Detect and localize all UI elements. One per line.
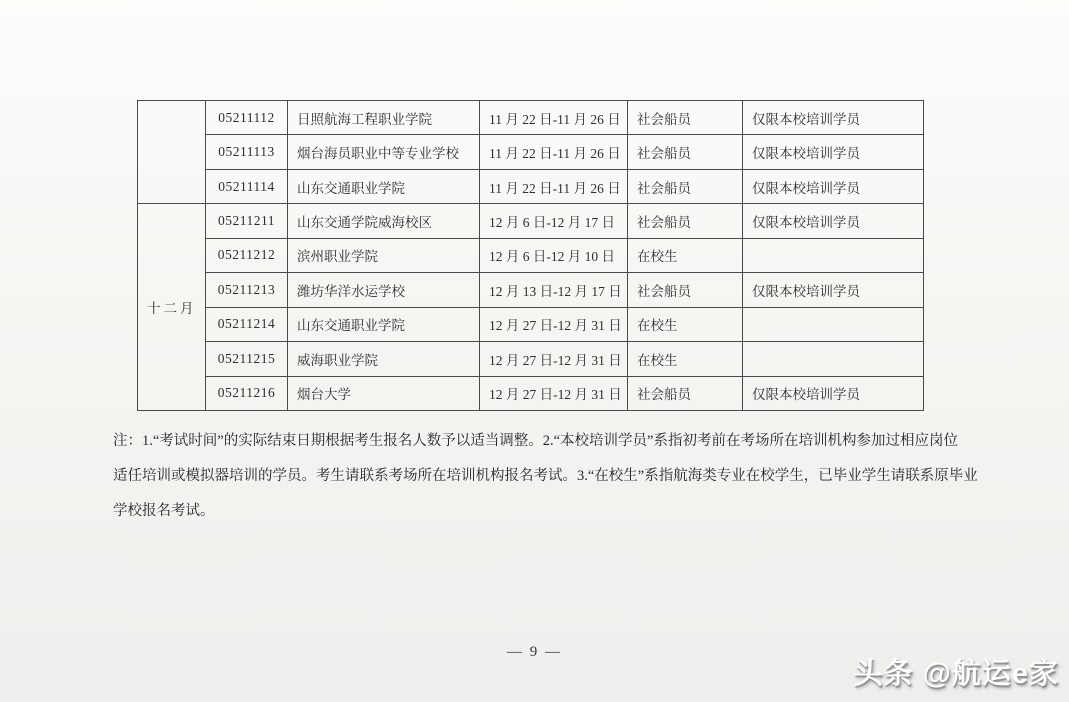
- candidate-type-cell: 社会船员: [628, 273, 743, 307]
- restriction-cell: 仅限本校培训学员: [743, 376, 924, 411]
- dates-cell: 12 月 27 日-12 月 31 日: [480, 342, 628, 376]
- candidate-type-cell: 在校生: [628, 238, 743, 272]
- candidate-type-cell: 社会船员: [628, 169, 743, 203]
- candidate-type-cell: 在校生: [628, 342, 743, 376]
- restriction-cell: 仅限本校培训学员: [743, 101, 924, 135]
- restriction-cell: 仅限本校培训学员: [743, 135, 924, 169]
- school-cell: 潍坊华洋水运学校: [288, 273, 480, 307]
- exam-table-body: 05211112日照航海工程职业学院11 月 22 日-11 月 26 日社会船…: [138, 101, 924, 411]
- restriction-cell: 仅限本校培训学员: [743, 169, 924, 203]
- footnote-line: 学校报名考试。: [113, 494, 953, 529]
- code-cell: 05211216: [206, 376, 288, 411]
- table-row: 05211213潍坊华洋水运学校12 月 13 日-12 月 17 日社会船员仅…: [138, 273, 924, 307]
- restriction-cell: 仅限本校培训学员: [743, 273, 924, 307]
- footnotes: 注：1.“考试时间”的实际结束日期根据考生报名人数予以适当调整。2.“本校培训学…: [113, 424, 953, 529]
- candidate-type-cell: 社会船员: [628, 204, 743, 238]
- exam-schedule-table: 05211112日照航海工程职业学院11 月 22 日-11 月 26 日社会船…: [137, 100, 924, 411]
- dates-cell: 11 月 22 日-11 月 26 日: [480, 135, 628, 169]
- restriction-cell: [743, 342, 924, 376]
- school-cell: 烟台大学: [288, 376, 480, 411]
- footnote-line: 适任培训或模拟器培训的学员。考生请联系考场所在培训机构报名考试。3.“在校生”系…: [113, 459, 953, 494]
- dates-cell: 12 月 6 日-12 月 17 日: [480, 204, 628, 238]
- restriction-cell: 仅限本校培训学员: [743, 204, 924, 238]
- code-cell: 05211215: [206, 342, 288, 376]
- school-cell: 滨州职业学院: [288, 238, 480, 272]
- table-row: 05211113烟台海员职业中等专业学校11 月 22 日-11 月 26 日社…: [138, 135, 924, 169]
- candidate-type-cell: 在校生: [628, 307, 743, 341]
- school-cell: 烟台海员职业中等专业学校: [288, 135, 480, 169]
- restriction-cell: [743, 238, 924, 272]
- document-page: 05211112日照航海工程职业学院11 月 22 日-11 月 26 日社会船…: [0, 0, 1069, 702]
- table-row: 05211114山东交通职业学院11 月 22 日-11 月 26 日社会船员仅…: [138, 169, 924, 203]
- dates-cell: 12 月 6 日-12 月 10 日: [480, 238, 628, 272]
- dates-cell: 12 月 13 日-12 月 17 日: [480, 273, 628, 307]
- code-cell: 05211213: [206, 273, 288, 307]
- restriction-cell: [743, 307, 924, 341]
- table-row: 05211214山东交通职业学院12 月 27 日-12 月 31 日在校生: [138, 307, 924, 341]
- candidate-type-cell: 社会船员: [628, 376, 743, 411]
- school-cell: 日照航海工程职业学院: [288, 101, 480, 135]
- footnote-line: 注：1.“考试时间”的实际结束日期根据考生报名人数予以适当调整。2.“本校培训学…: [113, 424, 953, 459]
- candidate-type-cell: 社会船员: [628, 135, 743, 169]
- code-cell: 05211212: [206, 238, 288, 272]
- dates-cell: 12 月 27 日-12 月 31 日: [480, 376, 628, 411]
- dates-cell: 12 月 27 日-12 月 31 日: [480, 307, 628, 341]
- month-cell: 十二月: [138, 204, 206, 411]
- code-cell: 05211112: [206, 101, 288, 135]
- table-row: 05211212滨州职业学院12 月 6 日-12 月 10 日在校生: [138, 238, 924, 272]
- watermark-label: 头条 @航运e家: [854, 651, 1059, 692]
- table-row: 十二月05211211山东交通学院威海校区12 月 6 日-12 月 17 日社…: [138, 204, 924, 238]
- code-cell: 05211114: [206, 169, 288, 203]
- table-row: 05211216烟台大学12 月 27 日-12 月 31 日社会船员仅限本校培…: [138, 376, 924, 411]
- code-cell: 05211211: [206, 204, 288, 238]
- code-cell: 05211214: [206, 307, 288, 341]
- school-cell: 山东交通学院威海校区: [288, 204, 480, 238]
- dates-cell: 11 月 22 日-11 月 26 日: [480, 169, 628, 203]
- table-row: 05211215威海职业学院12 月 27 日-12 月 31 日在校生: [138, 342, 924, 376]
- code-cell: 05211113: [206, 135, 288, 169]
- dates-cell: 11 月 22 日-11 月 26 日: [480, 101, 628, 135]
- table-row: 05211112日照航海工程职业学院11 月 22 日-11 月 26 日社会船…: [138, 101, 924, 135]
- school-cell: 威海职业学院: [288, 342, 480, 376]
- month-cell: [138, 101, 206, 204]
- school-cell: 山东交通职业学院: [288, 307, 480, 341]
- candidate-type-cell: 社会船员: [628, 101, 743, 135]
- school-cell: 山东交通职业学院: [288, 169, 480, 203]
